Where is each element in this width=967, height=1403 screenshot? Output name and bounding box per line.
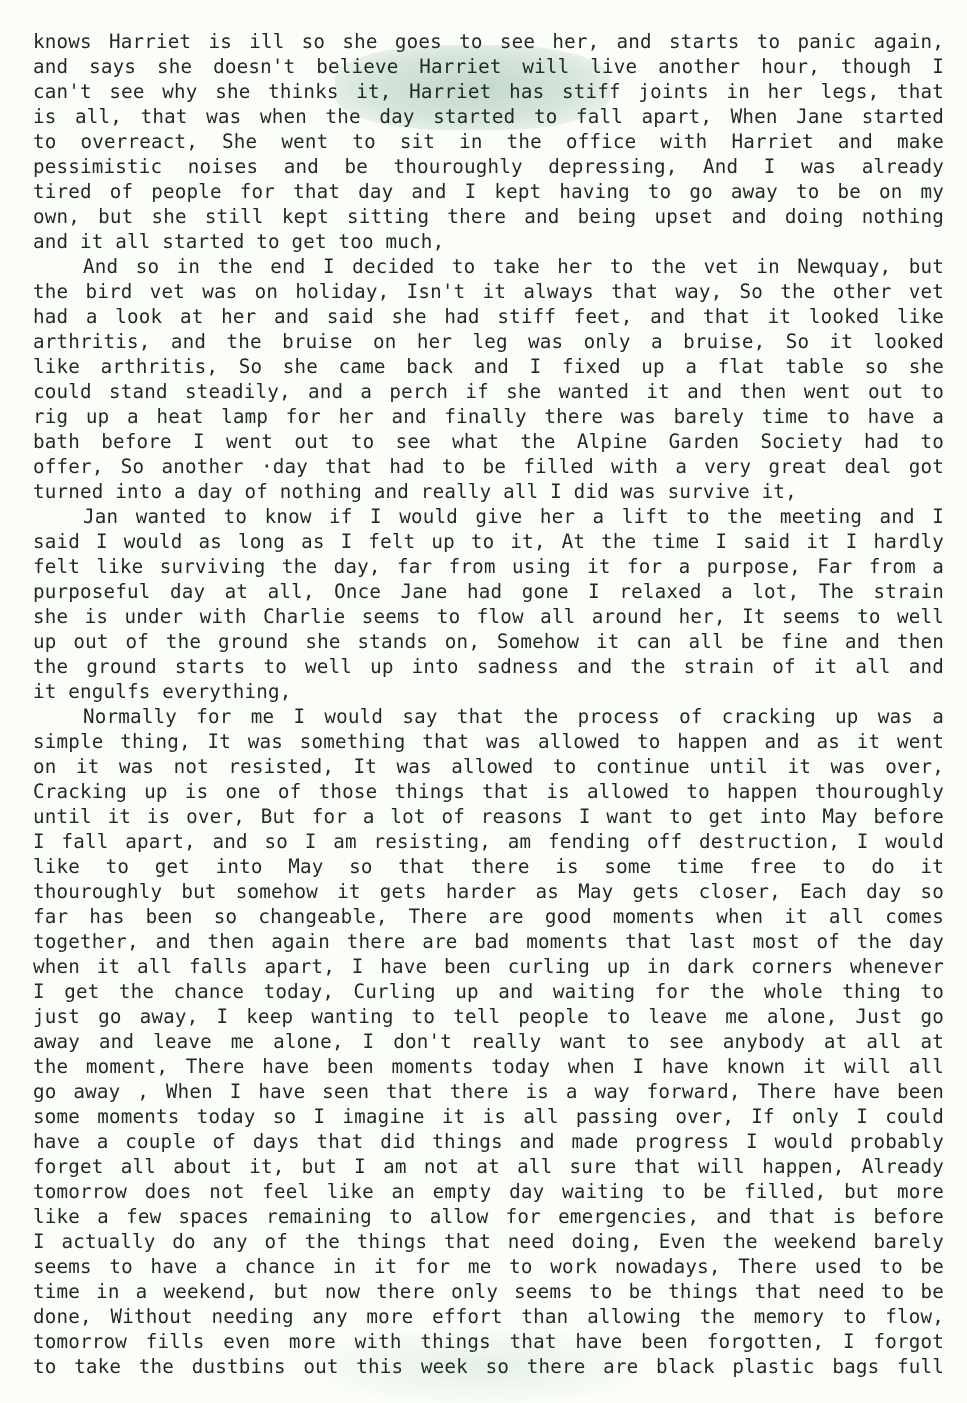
text-line: rig up a heat lamp for her and finally t…: [33, 404, 944, 429]
text-line: simple thing, It was something that was …: [33, 729, 944, 754]
text-line: purposeful day at all, Once Jane had gon…: [33, 579, 944, 604]
text-line: arthritis, and the bruise on her leg was…: [33, 329, 944, 354]
text-line: said I would as long as I felt up to it,…: [33, 529, 944, 554]
text-line: seems to have a chance in it for me to w…: [33, 1254, 944, 1279]
text-line: tired of people for that day and I kept …: [33, 179, 944, 204]
text-line: far has been so changeable, There are go…: [33, 904, 944, 929]
text-line: I fall apart, and so I am resisting, am …: [33, 829, 944, 854]
text-line: away and leave me alone, I don't really …: [33, 1029, 944, 1054]
text-line: I actually do any of the things that nee…: [33, 1229, 944, 1254]
text-line: the ground starts to well up into sadnes…: [33, 654, 944, 679]
text-line: done, Without needing any more effort th…: [33, 1304, 944, 1329]
text-line: I get the chance today, Curling up and w…: [33, 979, 944, 1004]
text-line: thouroughly but somehow it gets harder a…: [33, 879, 944, 904]
paragraph-first-line: And so in the end I decided to take her …: [33, 254, 944, 279]
text-line: until it is over, But for a lot of reaso…: [33, 804, 944, 829]
text-line: knows Harriet is ill so she goes to see …: [33, 29, 944, 54]
text-line: Cracking up is one of those things that …: [33, 779, 944, 804]
text-line: when it all falls apart, I have been cur…: [33, 954, 944, 979]
text-line: forget all about it, but I am not at all…: [33, 1154, 944, 1179]
text-line: like to get into May so that there is so…: [33, 854, 944, 879]
text-line: tomorrow fills even more with things tha…: [33, 1329, 944, 1354]
text-line: the bird vet was on holiday, Isn't it al…: [33, 279, 944, 304]
text-line: felt like surviving the day, far from us…: [33, 554, 944, 579]
text-line: together, and then again there are bad m…: [33, 929, 944, 954]
text-line: she is under with Charlie seems to flow …: [33, 604, 944, 629]
paragraph-first-line: Normally for me I would say that the pro…: [33, 704, 944, 729]
typed-page-body: knows Harriet is ill so she goes to see …: [33, 29, 944, 1379]
text-line: and it all started to get too much,: [33, 229, 944, 254]
text-line: like a few spaces remaining to allow for…: [33, 1204, 944, 1229]
text-line: bath before I went out to see what the A…: [33, 429, 944, 454]
text-line: turned into a day of nothing and really …: [33, 479, 944, 504]
text-line: some moments today so I imagine it is al…: [33, 1104, 944, 1129]
text-line: up out of the ground she stands on, Some…: [33, 629, 944, 654]
text-line: to take the dustbins out this week so th…: [33, 1354, 944, 1379]
text-line: can't see why she thinks it, Harriet has…: [33, 79, 944, 104]
text-line: like arthritis, So she came back and I f…: [33, 354, 944, 379]
text-line: go away , When I have seen that there is…: [33, 1079, 944, 1104]
text-line: could stand steadily, and a perch if she…: [33, 379, 944, 404]
text-line: and says she doesn't believe Harriet wil…: [33, 54, 944, 79]
text-line: pessimistic noises and be thouroughly de…: [33, 154, 944, 179]
text-line: had a look at her and said she had stiff…: [33, 304, 944, 329]
text-line: on it was not resisted, It was allowed t…: [33, 754, 944, 779]
paragraph-first-line: Jan wanted to know if I would give her a…: [33, 504, 944, 529]
text-line: to overreact, She went to sit in the off…: [33, 129, 944, 154]
text-line: it engulfs everything,: [33, 679, 944, 704]
text-line: time in a weekend, but now there only se…: [33, 1279, 944, 1304]
text-line: the moment, There have been moments toda…: [33, 1054, 944, 1079]
text-line: tomorrow does not feel like an empty day…: [33, 1179, 944, 1204]
text-line: offer, So another ·day that had to be fi…: [33, 454, 944, 479]
text-line: just go away, I keep wanting to tell peo…: [33, 1004, 944, 1029]
text-line: own, but she still kept sitting there an…: [33, 204, 944, 229]
text-line: have a couple of days that did things an…: [33, 1129, 944, 1154]
text-line: is all, that was when the day started to…: [33, 104, 944, 129]
